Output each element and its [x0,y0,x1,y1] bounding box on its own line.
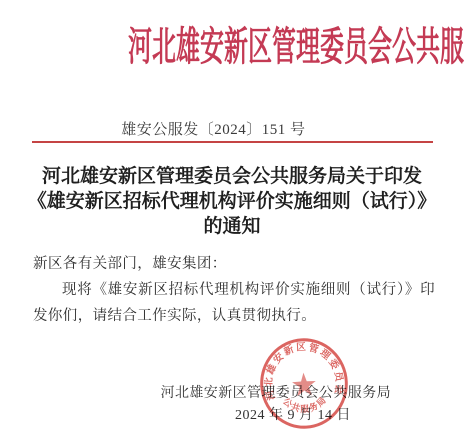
issuing-agency-signature: 河北雄安新区管理委员会公共服务局 [161,382,391,402]
document-title-line3: 的通知 [18,214,446,239]
salutation: 新区各有关部门，雄安集团： [33,251,435,277]
document-page: 河北雄安新区管理委员会公共服务局 雄安公服发〔2024〕151 号 河北雄安新区… [0,0,464,445]
body-paragraph: 现将《雄安新区招标代理机构评价实施细则（试行）》印发你们，请结合工作实际，认真贯… [33,277,435,329]
document-title-line1: 河北雄安新区管理委员会公共服务局关于印发 [18,164,446,189]
document-title: 河北雄安新区管理委员会公共服务局关于印发 《雄安新区招标代理机构评价实施细则（试… [18,164,446,239]
letterhead: 河北雄安新区管理委员会公共服务局 [0,24,464,70]
document-title-line2: 《雄安新区招标代理机构评价实施细则（试行）》 [18,189,446,214]
document-number: 雄安公服发〔2024〕151 号 [0,118,427,139]
issue-date: 2024 年 9 月 14 日 [235,404,351,424]
red-divider-line [32,141,433,143]
letterhead-agency-name: 河北雄安新区管理委员会公共服务局 [128,24,464,70]
document-body: 新区各有关部门，雄安集团： 现将《雄安新区招标代理机构评价实施细则（试行）》印发… [33,251,435,329]
